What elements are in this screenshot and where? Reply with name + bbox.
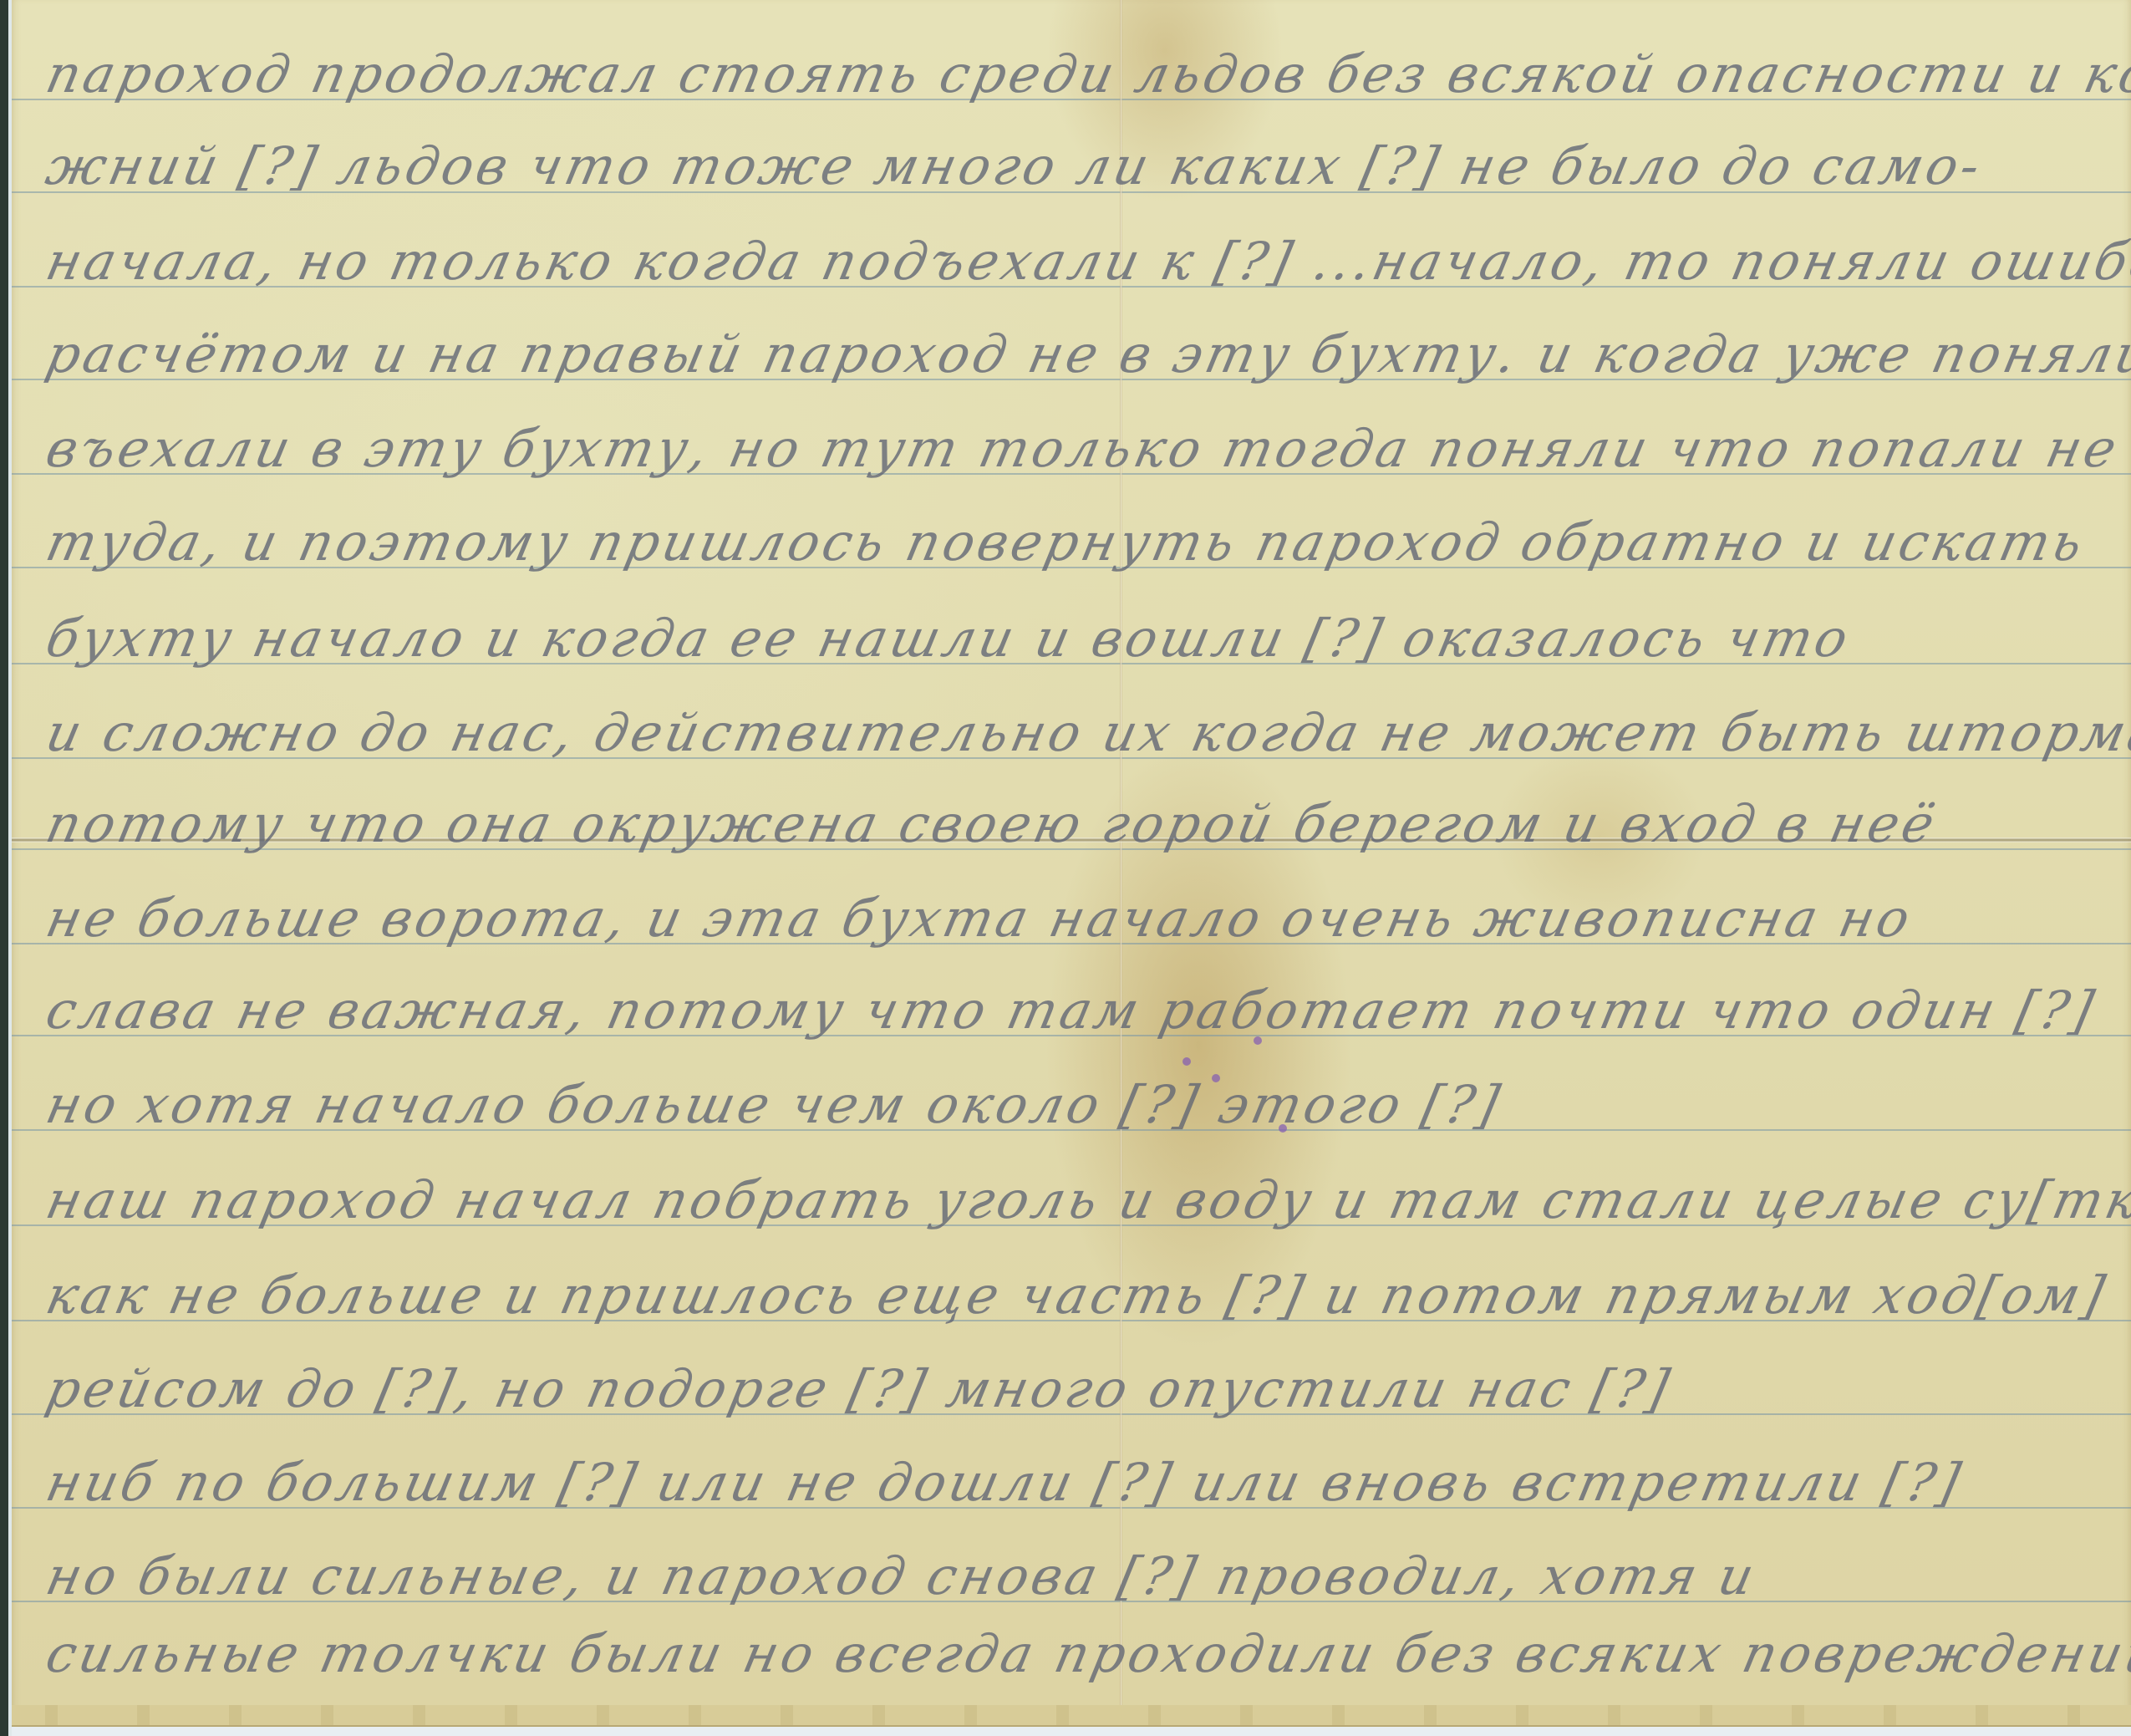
handwritten-line-4: расчётом и на правый пароход не в эту бу…: [42, 328, 2131, 380]
document-scan: пароход продолжал стоять среди льдов без…: [0, 0, 2131, 1736]
handwritten-line-7: бухту начало и когда ее нашли и вошли [?…: [42, 613, 1855, 664]
handwritten-line-17: но были сильные, и пароход снова [?] про…: [42, 1550, 1762, 1602]
handwritten-line-18: сильные толчки были но всегда проходили …: [42, 1628, 2131, 1680]
ink-speck: [1182, 1057, 1191, 1066]
handwritten-line-1: пароход продолжал стоять среди льдов без…: [42, 48, 2131, 100]
handwritten-line-12: но хотя начало больше чем около [?] этог…: [42, 1079, 1507, 1131]
handwritten-line-13: наш пароход начал побрать уголь и воду и…: [42, 1174, 2131, 1226]
handwritten-line-5: въехали в эту бухту, но тут только тогда…: [42, 423, 2124, 475]
handwritten-line-10: не больше ворота, и эта бухта начало оче…: [42, 893, 1917, 944]
handwritten-line-11: слава не важная, потому что там работает…: [42, 985, 2101, 1036]
handwritten-line-8: и сложно до нас, действительно их когда …: [42, 707, 2131, 759]
handwritten-line-16: ниб по большим [?] или не дошли [?] или …: [42, 1457, 1967, 1509]
ink-speck: [1254, 1036, 1262, 1045]
handwritten-line-9: потому что она окружена своею горой бере…: [42, 798, 1942, 850]
scanner-edge-dark: [0, 0, 8, 1736]
handwritten-line-6: туда, и поэтому пришлось повернуть парох…: [42, 517, 2090, 568]
handwritten-line-3: начала, но только когда подъехали к [?] …: [42, 236, 2131, 288]
handwritten-line-15: рейсом до [?], но подорге [?] много опус…: [42, 1363, 1676, 1415]
handwritten-line-2: жний [?] льдов что тоже много ли каких […: [42, 140, 1987, 192]
ink-speck: [1279, 1124, 1287, 1133]
ink-speck: [1212, 1074, 1220, 1082]
handwritten-line-14: как не больше и пришлось еще часть [?] и…: [42, 1270, 2112, 1321]
torn-bottom-edge: [12, 1705, 2131, 1727]
